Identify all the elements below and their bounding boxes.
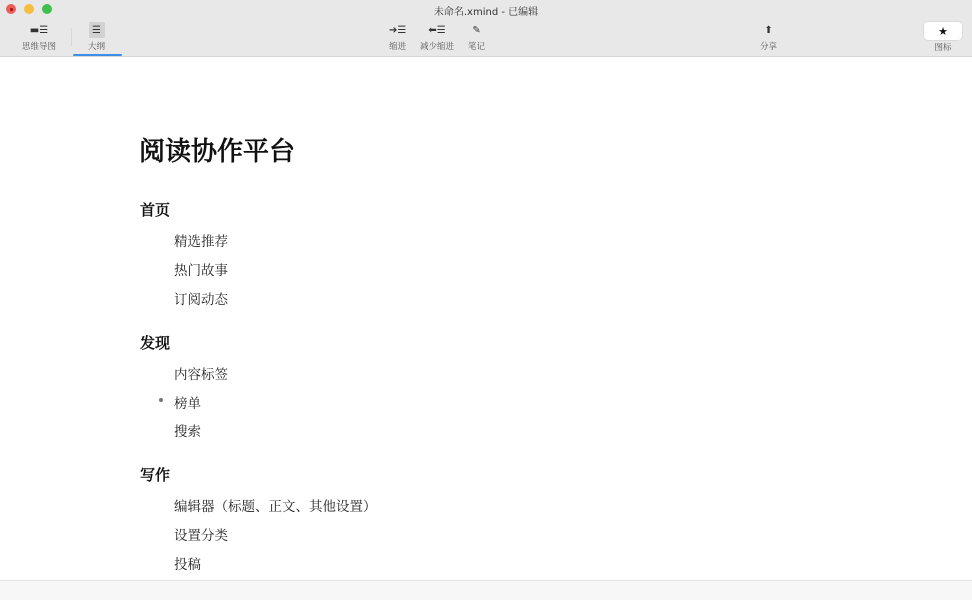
outline-item[interactable]: 投稿 [174, 553, 201, 573]
share-label: 分享 [760, 40, 777, 52]
outline-item[interactable]: 设置分类 [174, 524, 228, 544]
app-window: 未命名.xmind - 已编辑 ▬☰ 思维导图 ☰ 大纲 ➔☰ 缩进 ⬅☰ 减少… [0, 0, 972, 600]
star-icon: ★ [938, 25, 948, 38]
pencil-note-icon: ✎ [472, 22, 480, 38]
outline-item[interactable]: 内容标签 [174, 363, 228, 383]
outdent-icon: ⬅☰ [428, 22, 445, 38]
icons-label: 图标 [924, 41, 962, 53]
active-tab-indicator [73, 54, 122, 56]
section-heading[interactable]: 首页 [140, 199, 170, 220]
mindmap-view-button[interactable]: ▬☰ 思维导图 [22, 22, 56, 52]
section-heading[interactable]: 发现 [140, 332, 170, 353]
outline-list-icon: ☰ [89, 22, 105, 38]
outdent-label: 减少缩进 [420, 40, 454, 52]
item-bullet-icon[interactable] [159, 398, 163, 402]
indent-icon: ➔☰ [389, 22, 406, 38]
mindmap-label: 思维导图 [22, 40, 56, 52]
outline-item[interactable]: 精选推荐 [174, 230, 228, 250]
outline-item[interactable]: 编辑器（标题、正文、其他设置） [174, 495, 377, 515]
window-title: 未命名.xmind - 已编辑 [0, 3, 972, 18]
central-topic-title[interactable]: 阅读协作平台 [139, 131, 295, 168]
outline-item[interactable]: 榜单 [174, 392, 201, 412]
outline-item[interactable]: 订阅动态 [174, 288, 228, 308]
outline-view-button[interactable]: ☰ 大纲 [88, 22, 105, 52]
indent-button[interactable]: ➔☰ 缩进 [389, 22, 406, 52]
section-heading[interactable]: 写作 [140, 464, 170, 485]
share-upload-icon: ⬆ [764, 22, 772, 38]
toolbar-divider [71, 28, 72, 46]
share-button[interactable]: ⬆ 分享 [760, 22, 777, 52]
outdent-button[interactable]: ⬅☰ 减少缩进 [420, 22, 454, 52]
status-bar [0, 580, 972, 600]
outline-label: 大纲 [88, 40, 105, 52]
icons-panel-button[interactable]: ★ [924, 22, 962, 40]
mindmap-icon: ▬☰ [30, 22, 48, 38]
note-button[interactable]: ✎ 笔记 [468, 22, 485, 52]
outline-item[interactable]: 搜索 [174, 420, 201, 440]
outline-item[interactable]: 热门故事 [174, 259, 228, 279]
title-bar: 未命名.xmind - 已编辑 ▬☰ 思维导图 ☰ 大纲 ➔☰ 缩进 ⬅☰ 减少… [0, 0, 972, 57]
note-label: 笔记 [468, 40, 485, 52]
indent-label: 缩进 [389, 40, 406, 52]
